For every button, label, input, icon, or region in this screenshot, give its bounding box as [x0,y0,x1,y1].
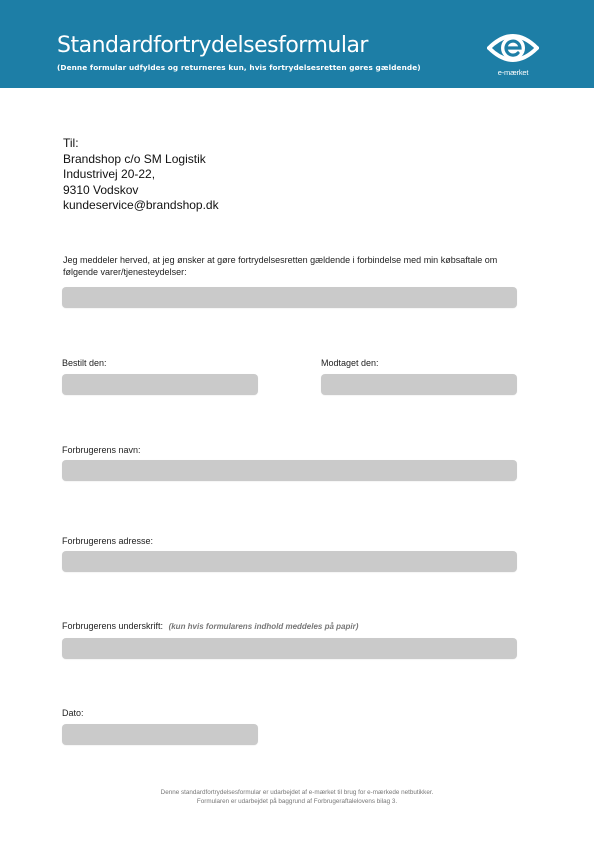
recipient-email: kundeservice@brandshop.dk [63,198,219,214]
signature-label-row: Forbrugerens underskrift: (kun hvis form… [62,620,358,633]
intro-text: Jeg meddeler herved, at jeg ønsker at gø… [63,254,523,278]
page-title: Standardfortrydelsesformular [57,32,368,60]
name-field[interactable] [62,460,517,481]
date-label: Dato: [62,707,84,719]
items-field[interactable] [62,287,517,308]
name-label: Forbrugerens navn: [62,444,141,456]
e-maerket-logo: e-mærket [485,30,541,80]
recipient-line: Brandshop c/o SM Logistik [63,152,219,168]
date-field[interactable] [62,724,258,745]
recipient-address: Til: Brandshop c/o SM Logistik Industriv… [63,136,219,214]
received-label: Modtaget den: [321,357,379,369]
address-label: Forbrugerens adresse: [62,535,153,547]
ordered-label: Bestilt den: [62,357,107,369]
recipient-line: 9310 Vodskov [63,183,219,199]
signature-note: (kun hvis formularens indhold meddeles p… [169,622,359,631]
recipient-line: Til: [63,136,219,152]
header-banner: Standardfortrydelsesformular (Denne form… [0,0,594,88]
logo-label: e-mærket [485,68,541,77]
signature-label: Forbrugerens underskrift: [62,621,163,631]
address-field[interactable] [62,551,517,572]
page-subtitle: (Denne formular udfyldes og returneres k… [57,63,421,72]
recipient-line: Industrivej 20-22, [63,167,219,183]
received-date-field[interactable] [321,374,517,395]
footer-line: Formularen er udarbejdet på baggrund af … [0,798,594,807]
eye-e-icon [487,30,539,66]
signature-field[interactable] [62,638,517,659]
footer-line: Denne standardfortrydelsesformular er ud… [0,789,594,798]
footer-note: Denne standardfortrydelsesformular er ud… [0,789,594,806]
ordered-date-field[interactable] [62,374,258,395]
